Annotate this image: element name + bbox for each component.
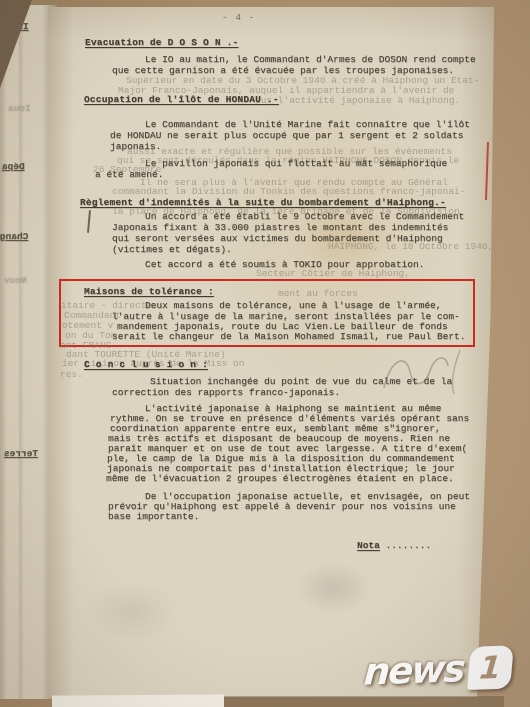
- doc-line: Situation inchangée du point de vue du c…: [150, 376, 452, 387]
- doc-line: Le IO au matin, le Commandant d'Armes de…: [145, 54, 476, 65]
- doc-line: même de l'évacuation 2 groupes électrogè…: [106, 473, 454, 484]
- doc-line: serait le changeur de la Maison Mohamed …: [112, 331, 465, 342]
- bleedthrough-line: Secteur Côtier de Haiphong,: [256, 268, 410, 279]
- table-bottom-strip: [224, 696, 504, 707]
- nota-dots: ........: [380, 540, 431, 551]
- doc-line: base importante.: [108, 511, 199, 522]
- bleedthrough-line: commandant la Division du Tonkin des que…: [112, 186, 465, 197]
- doc-line: Le pavillon japonais qui flottait au mât…: [145, 158, 447, 169]
- doc-line: Deux maisons de tolérance, une à l'usage…: [145, 300, 441, 311]
- news1-digit: 1: [478, 649, 503, 686]
- doc-line: Le Commandant de l'Unité Marine fait con…: [145, 119, 470, 130]
- section-heading-evacuation: Evacuation de D O S O N .-: [85, 37, 238, 48]
- bleedthrough-line: res.: [60, 369, 83, 380]
- bleedthrough-line: sur l'activité japonaise à Haiphong.: [255, 95, 460, 106]
- document-photo: Inst Ioua Dépa Chang Nouv Terres - 4 - E…: [0, 0, 530, 707]
- bleedthrough-fragment: Terres: [4, 448, 38, 459]
- section-heading-maisons: Maisons de tolérance :: [84, 286, 214, 297]
- news1-watermark: news 1: [363, 645, 512, 693]
- bleedthrough-fragment: Ioua: [8, 103, 31, 114]
- bleedthrough-fragment: Nouv: [4, 275, 27, 286]
- page-number: - 4 -: [222, 12, 256, 23]
- bleedthrough-line: ment au forces: [278, 288, 358, 299]
- doc-line: de HONDAU ne serait plus occupé que par …: [110, 130, 463, 141]
- nota-label: Nota: [357, 540, 380, 551]
- section-heading-reglement: Règlement d'indemnités à la suite du bom…: [80, 197, 446, 208]
- news1-bubble-icon: 1: [467, 645, 514, 690]
- pencil-scribble: [372, 344, 487, 402]
- bleedthrough-fragment: Chang: [0, 231, 29, 242]
- doc-line: (victimes et dégats).: [112, 244, 232, 255]
- section-heading-occupation: Occupation de l'îlôt de HONDAU .-: [84, 94, 279, 105]
- doc-line: Japonais fixant à 33.000 piastres le mon…: [112, 222, 448, 233]
- doc-line: Un accord a été établi le 9 Octobre avec…: [145, 211, 464, 222]
- doc-line: correction des rapports franco-japonais.: [112, 387, 340, 398]
- sheet-below-edge: [52, 694, 224, 707]
- news1-wordmark: news: [363, 647, 466, 694]
- bleedthrough-line: HAIPHONG, le 10 Octobre 1940,: [328, 241, 493, 252]
- bleedthrough-fragment: Dépa: [2, 161, 25, 172]
- nota-line: Nota ........: [357, 540, 431, 551]
- section-heading-conclusion: C o n c l u s i o n :: [84, 359, 208, 370]
